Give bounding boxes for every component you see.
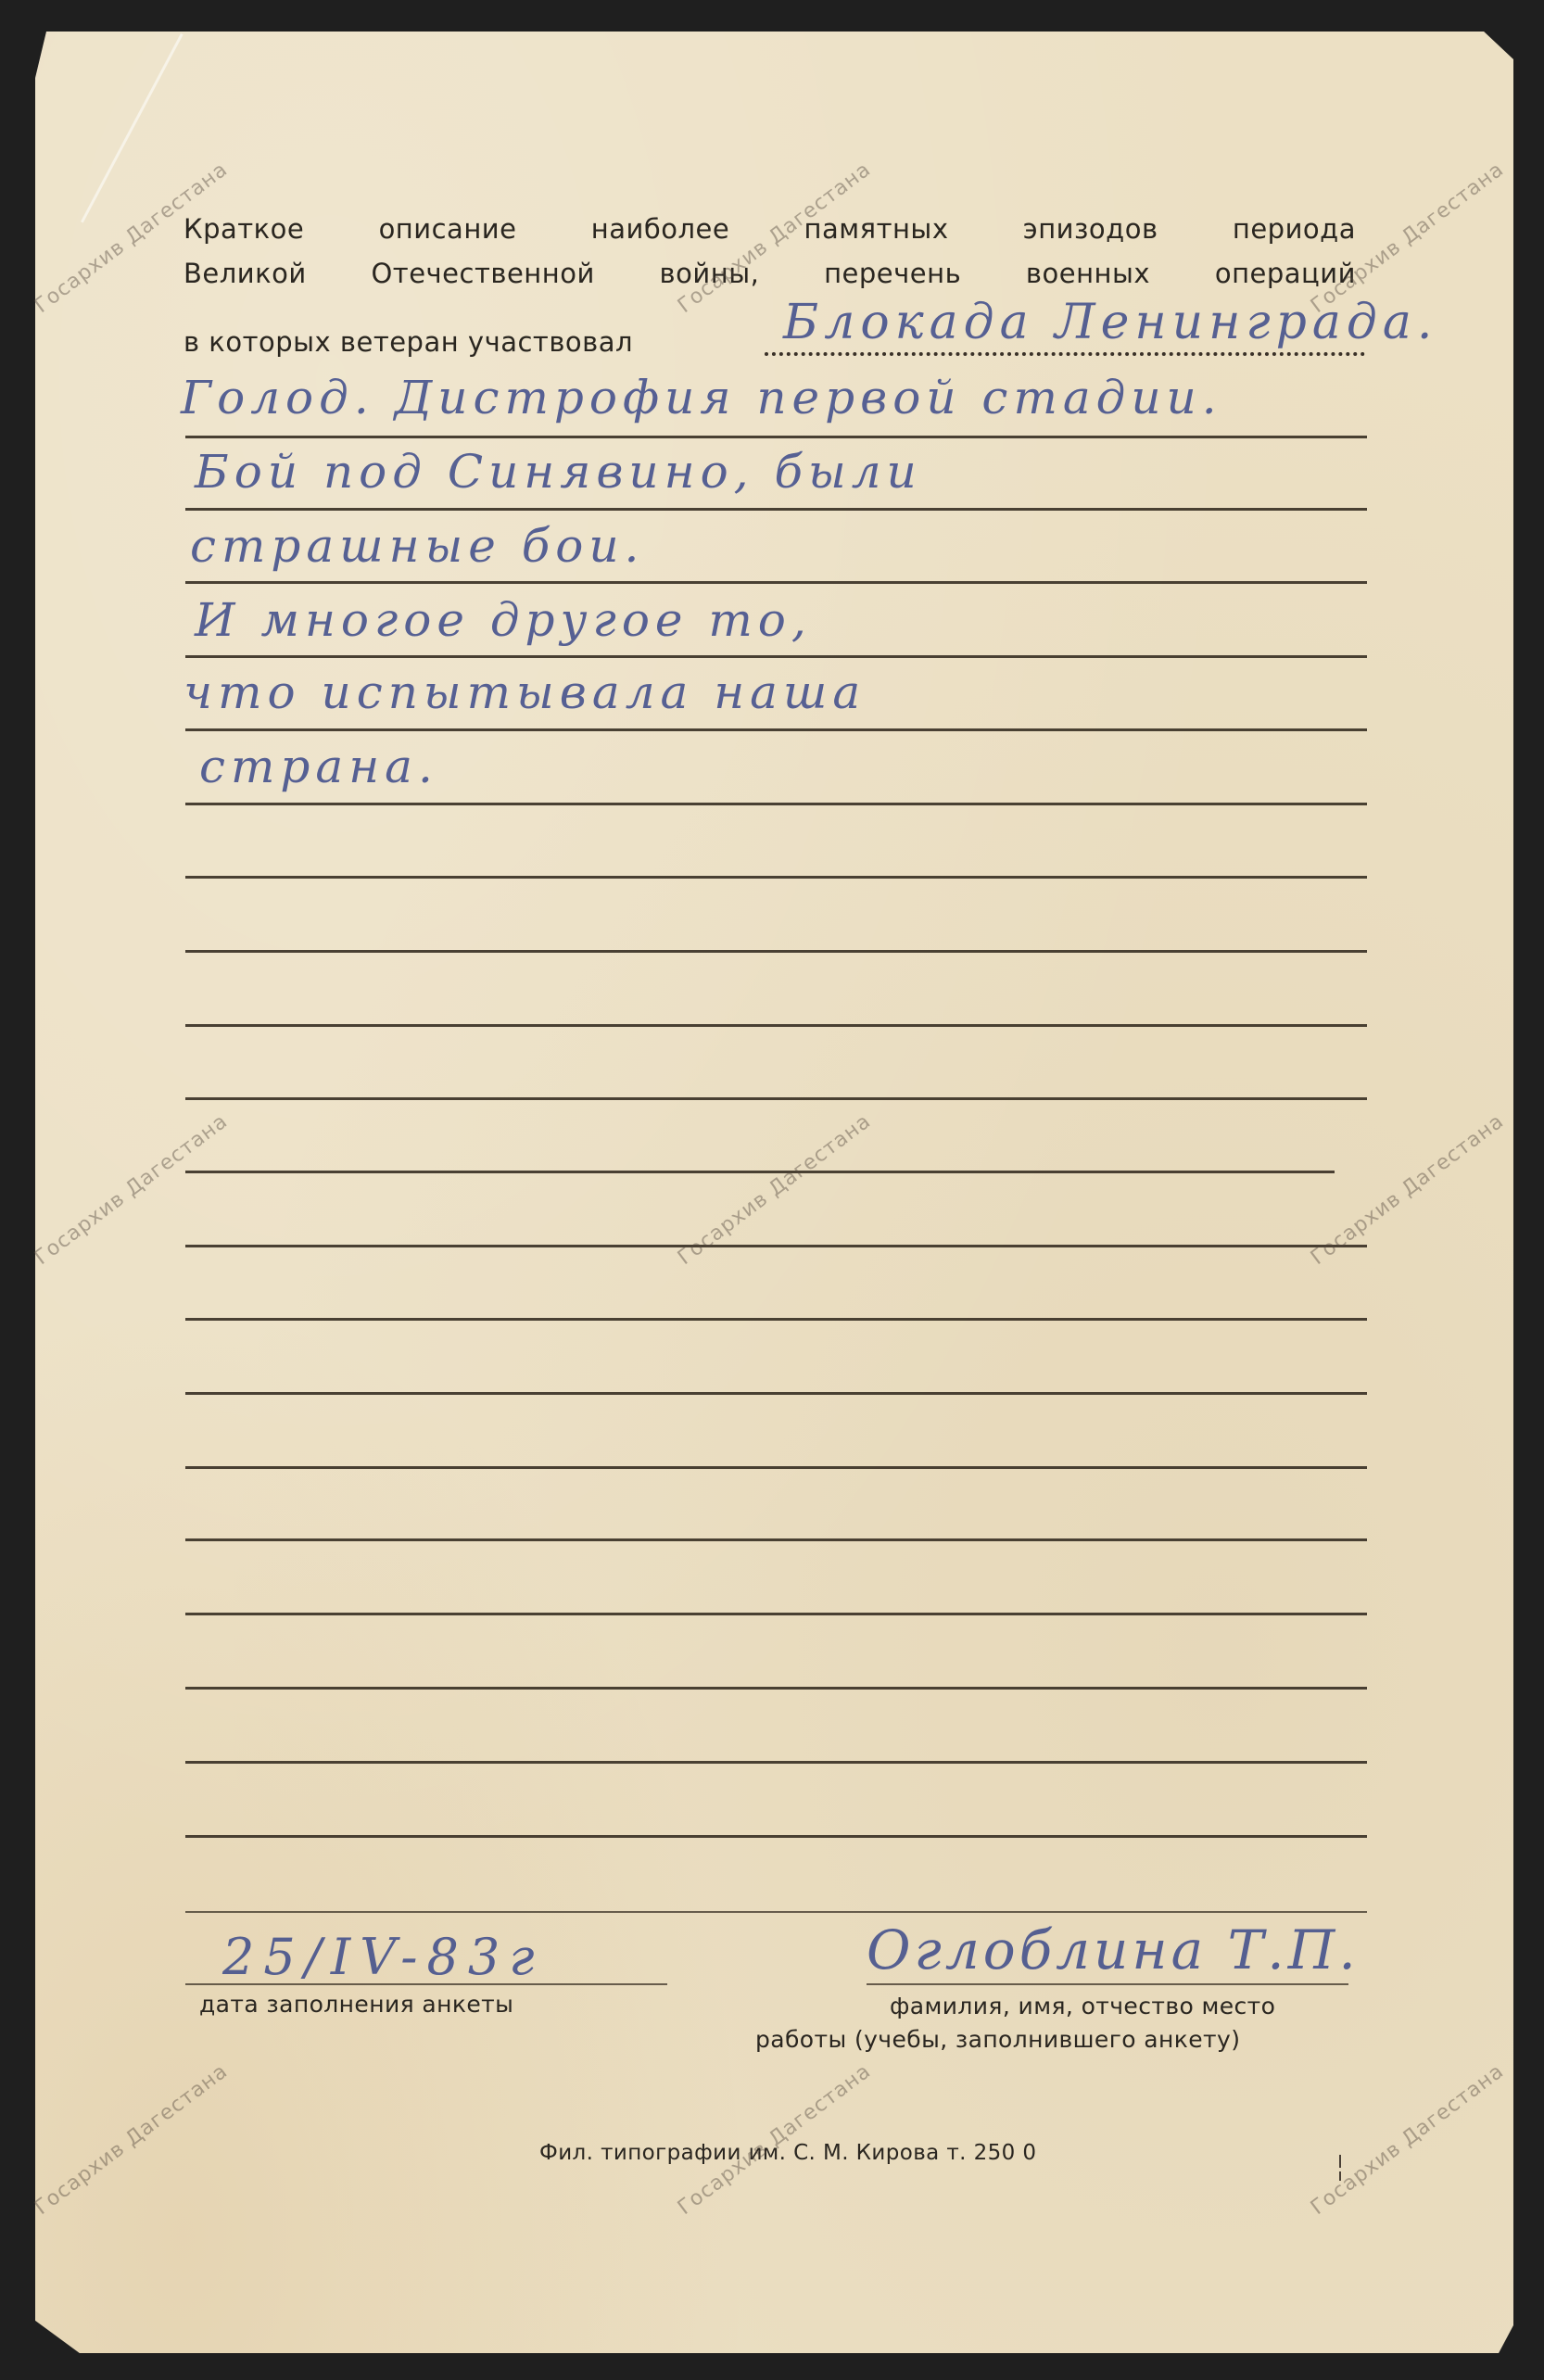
ruled-line (185, 1245, 1367, 1247)
ruled-line (185, 436, 1367, 438)
ruled-line (185, 581, 1367, 584)
ruled-line (185, 1392, 1367, 1395)
handwritten-line-2: Бой под Синявино, были (195, 445, 922, 499)
signature-underline (867, 1983, 1348, 1985)
handwritten-line-1: Голод. Дистрофия первой стадии. (181, 371, 1222, 424)
handwritten-date: 25/IV-83г (222, 1928, 544, 1986)
handwritten-line-5: что испытывала наша (184, 665, 866, 719)
ruled-line (185, 1538, 1367, 1541)
printer-note: Фил. типографии им. С. М. Кирова т. 250 … (539, 2141, 1036, 2165)
ruled-line (185, 1466, 1367, 1469)
ruled-line (185, 1171, 1335, 1173)
form-header-line-3-label: в которых ветеран участвовал (184, 326, 633, 358)
handwritten-line-3: страшные бои. (190, 519, 644, 573)
form-header-line-2: Великой Отечественной войны, перечень во… (184, 258, 1356, 289)
handwritten-line-6: страна. (199, 740, 438, 793)
ruled-line (185, 728, 1367, 731)
ruled-line (185, 876, 1367, 879)
ruled-line (185, 1024, 1367, 1027)
date-underline (185, 1983, 667, 1985)
ruled-line (185, 803, 1367, 805)
ruled-line (185, 655, 1367, 658)
handwritten-line-4: И многое другое то, (195, 593, 812, 647)
date-caption: дата заполнения анкеты (199, 1991, 513, 2018)
ruled-line-thin (185, 1911, 1367, 1913)
ruled-line (185, 1835, 1367, 1838)
ruled-line (185, 1613, 1367, 1615)
ruled-line (185, 1761, 1367, 1764)
dotted-entry-line (765, 352, 1365, 356)
ruled-line (185, 1318, 1367, 1321)
signature-caption-line-1: фамилия, имя, отчество место (890, 1993, 1275, 2019)
print-mark (1339, 2155, 1341, 2168)
ruled-line (185, 1687, 1367, 1690)
ruled-line (185, 950, 1367, 953)
ruled-line (185, 1097, 1367, 1100)
signature-caption-line-2: работы (учебы, заполнившего анкету) (755, 2026, 1240, 2053)
handwritten-signature: Оглоблина Т.П. (867, 1918, 1360, 1981)
ruled-line (185, 508, 1367, 511)
